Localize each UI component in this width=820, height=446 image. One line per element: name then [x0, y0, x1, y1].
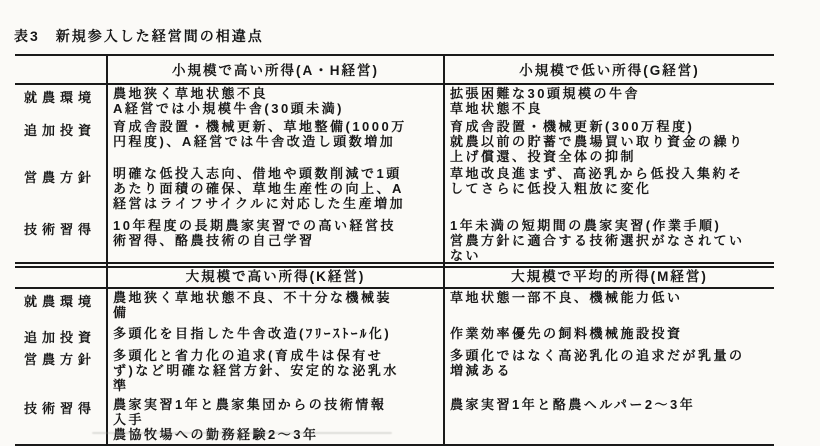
column-header-g: 小規模で低い所得(G経営) — [444, 55, 774, 84]
table-row: 技術習得 農家実習1年と農家集団からの技術情報 入手 農協牧場への勤務経験2～3… — [15, 396, 774, 445]
row-header: 技術習得 — [15, 396, 107, 445]
table-cell: 多頭化を目指した牛舎改造(ﾌﾘｰｽﾄｰﾙ化) — [107, 325, 444, 347]
row-header: 営農方針 — [15, 165, 107, 217]
column-header-ah: 小規模で高い所得(A・H経営) — [107, 55, 444, 84]
header-row: 小規模で高い所得(A・H経営) 小規模で低い所得(G経営) — [15, 55, 774, 84]
table-cell: 育成舎設置・機械更新(300万程度) 就農以前の貯蓄で農場買い取り資金の繰り 上… — [444, 118, 774, 165]
scan-artifact — [92, 432, 392, 434]
table-row: 営農方針 明確な低投入志向、借地や頭数削減で1頭 あたり面積の確保、草地生産性の… — [15, 165, 774, 217]
table-title: 表3 新規参入した経営間の相違点 — [14, 26, 264, 46]
row-header: 就農環境 — [15, 288, 107, 325]
table-cell: 1年未満の短期間の農家実習(作業手順) 営農方針に適合する技術選択がなされてい … — [444, 217, 774, 267]
scan-artifact — [560, 120, 563, 122]
row-header: 追加投資 — [15, 118, 107, 165]
table-row: 技術習得 10年程度の長期農家実習での高い経営技 術習得、酪農技術の自己学習 1… — [15, 217, 774, 267]
comparison-table-small-scale: 小規模で高い所得(A・H経営) 小規模で低い所得(G経営) 就農環境 農地狭く草… — [15, 54, 774, 268]
table-row: 就農環境 農地狭く草地状態不良、不十分な機械装 備 草地状態一部不良、機械能力低… — [15, 288, 774, 325]
table-row: 営農方針 多頭化と省力化の追求(育成牛は保有せ ず)など明確な経営方針、安定的な… — [15, 347, 774, 396]
table-cell: 草地改良進まず、高泌乳から低投入集約そ してさらに低投入粗放に変化 — [444, 165, 774, 217]
table-cell: 多頭化と省力化の追求(育成牛は保有せ ず)など明確な経営方針、安定的な泌乳水 準 — [107, 347, 444, 396]
row-header: 技術習得 — [15, 217, 107, 267]
corner-cell — [15, 55, 107, 84]
table-cell: 10年程度の長期農家実習での高い経営技 術習得、酪農技術の自己学習 — [107, 217, 444, 267]
table-cell: 農家実習1年と農家集団からの技術情報 入手 農協牧場への勤務経験2～3年 — [107, 396, 444, 445]
table-cell: 農家実習1年と酪農ヘルパー2～3年 — [444, 396, 774, 445]
row-header: 追加投資 — [15, 325, 107, 347]
table-row: 追加投資 多頭化を目指した牛舎改造(ﾌﾘｰｽﾄｰﾙ化) 作業効率優先の飼料機械施… — [15, 325, 774, 347]
table-cell: 育成舎設置・機械更新、草地整備(1000万 円程度)、A経営では牛舎改造し頭数増… — [107, 118, 444, 165]
row-header: 就農環境 — [15, 84, 107, 118]
table-row: 追加投資 育成舎設置・機械更新、草地整備(1000万 円程度)、A経営では牛舎改… — [15, 118, 774, 165]
header-row: 大規模で高い所得(K経営) 大規模で平均的所得(M経営) — [15, 263, 774, 288]
table-row: 就農環境 農地狭く草地状態不良 A経営では小規模牛舎(30頭未満) 拡張困難な3… — [15, 84, 774, 118]
table-cell: 草地状態一部不良、機械能力低い — [444, 288, 774, 325]
column-header-k: 大規模で高い所得(K経営) — [107, 263, 444, 288]
scanned-page: 表3 新規参入した経営間の相違点 小規模で高い所得(A・H経営) 小規模で低い所… — [0, 0, 820, 446]
comparison-table-large-scale: 大規模で高い所得(K経営) 大規模で平均的所得(M経営) 就農環境 農地狭く草地… — [15, 262, 774, 446]
column-header-m: 大規模で平均的所得(M経営) — [444, 263, 774, 288]
table-cell: 明確な低投入志向、借地や頭数削減で1頭 あたり面積の確保、草地生産性の向上、A … — [107, 165, 444, 217]
table-cell: 農地狭く草地状態不良、不十分な機械装 備 — [107, 288, 444, 325]
table-cell: 多頭化ではなく高泌乳化の追求だが乳量の 増減ある — [444, 347, 774, 396]
table-cell: 農地狭く草地状態不良 A経営では小規模牛舎(30頭未満) — [107, 84, 444, 118]
table-cell: 拡張困難な30頭規模の牛舎 草地状態不良 — [444, 84, 774, 118]
row-header: 営農方針 — [15, 347, 107, 396]
corner-cell — [15, 263, 107, 288]
table-cell: 作業効率優先の飼料機械施設投資 — [444, 325, 774, 347]
